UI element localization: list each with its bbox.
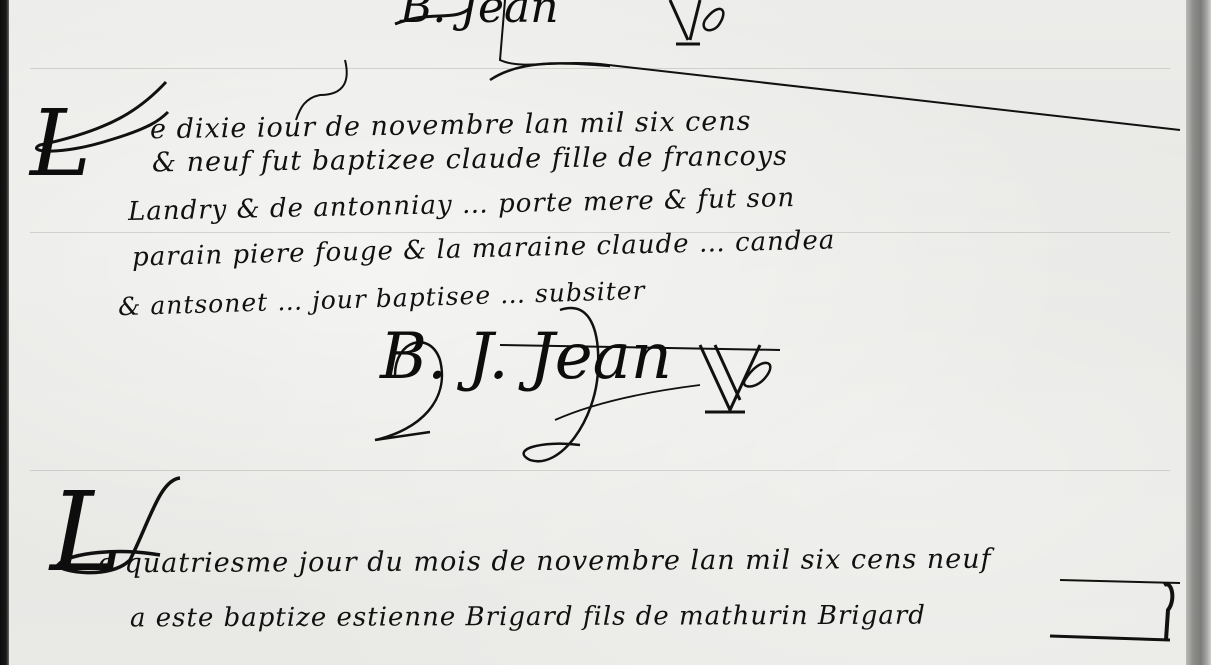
entry-1-initial: L — [30, 90, 91, 197]
ruled-line — [30, 470, 1170, 471]
top-signature-text: B. Jean — [400, 0, 559, 33]
middle-signature: B. J. Jean — [380, 320, 672, 394]
entry-1-line: & antsonet … jour baptisee … subsiter — [118, 276, 646, 322]
middle-signature-text: B. J. Jean — [380, 320, 672, 394]
top-signature: B. Jean — [400, 0, 559, 33]
entry-2-line: a este baptize estienne Brigard fils de … — [130, 601, 926, 634]
ruled-line — [30, 68, 1170, 69]
entry-2-line: e quatriesme jour du mois de novembre la… — [98, 544, 992, 580]
document-page: B. Jean L e dixie iour de novembre lan m… — [0, 0, 1211, 665]
page-gutter-shadow — [1186, 0, 1211, 665]
entry-1-line: e dixie iour de novembre lan mil six cen… — [150, 106, 752, 145]
entry-1-line: Landry & de antonniay … porte mere & fut… — [128, 183, 796, 227]
entry-1-line: & neuf fut baptizee claude fille de fran… — [152, 141, 788, 179]
page-binding-edge — [0, 0, 9, 665]
